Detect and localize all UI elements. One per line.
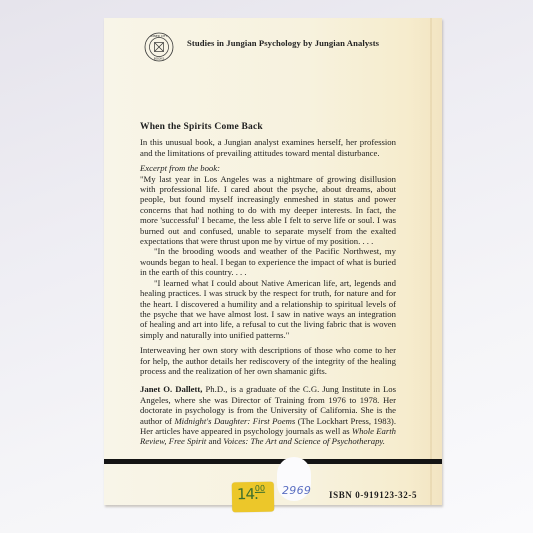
handwritten-stock-number: 2969 <box>282 484 311 497</box>
price-sticker: 14. 00 <box>232 482 275 513</box>
excerpt-label: Excerpt from the book: <box>140 163 396 173</box>
black-divider-bar <box>104 459 442 464</box>
isbn-label: ISBN 0-919123-32-5 <box>329 490 417 500</box>
excerpt-paragraph: "In the brooding woods and weather of th… <box>140 246 396 277</box>
excerpt-paragraph: "My last year in Los Angeles was a night… <box>140 174 396 247</box>
summary-paragraph: Interweaving her own story with descript… <box>140 345 396 376</box>
author-bio: Janet O. Dallett, Ph.D., is a graduate o… <box>140 384 396 446</box>
inner-city-books-logo-icon: INNER CITY BOOKS <box>144 32 174 62</box>
svg-text:INNER CITY: INNER CITY <box>151 34 168 38</box>
excerpt-paragraph: "I learned what I could about Native Ame… <box>140 278 396 340</box>
cover-content: When the Spirits Come Back In this unusu… <box>140 122 396 452</box>
series-title: Studies in Jungian Psychology by Jungian… <box>187 38 379 48</box>
price-cents: 00 <box>255 484 265 493</box>
book-back-cover: INNER CITY BOOKS Studies in Jungian Psyc… <box>104 18 442 505</box>
cover-edge <box>430 18 432 505</box>
author-name: Janet O. Dallett, <box>140 384 202 394</box>
svg-text:BOOKS: BOOKS <box>154 57 165 61</box>
intro-paragraph: In this unusual book, a Jungian analyst … <box>140 137 396 158</box>
book-reference: Midnight's Daughter: First Poems <box>174 416 295 426</box>
book-title: When the Spirits Come Back <box>140 122 396 132</box>
journal-reference: Voices: The Art and Science of Psychothe… <box>223 436 385 446</box>
journal-reference: Free Spirit <box>169 436 207 446</box>
